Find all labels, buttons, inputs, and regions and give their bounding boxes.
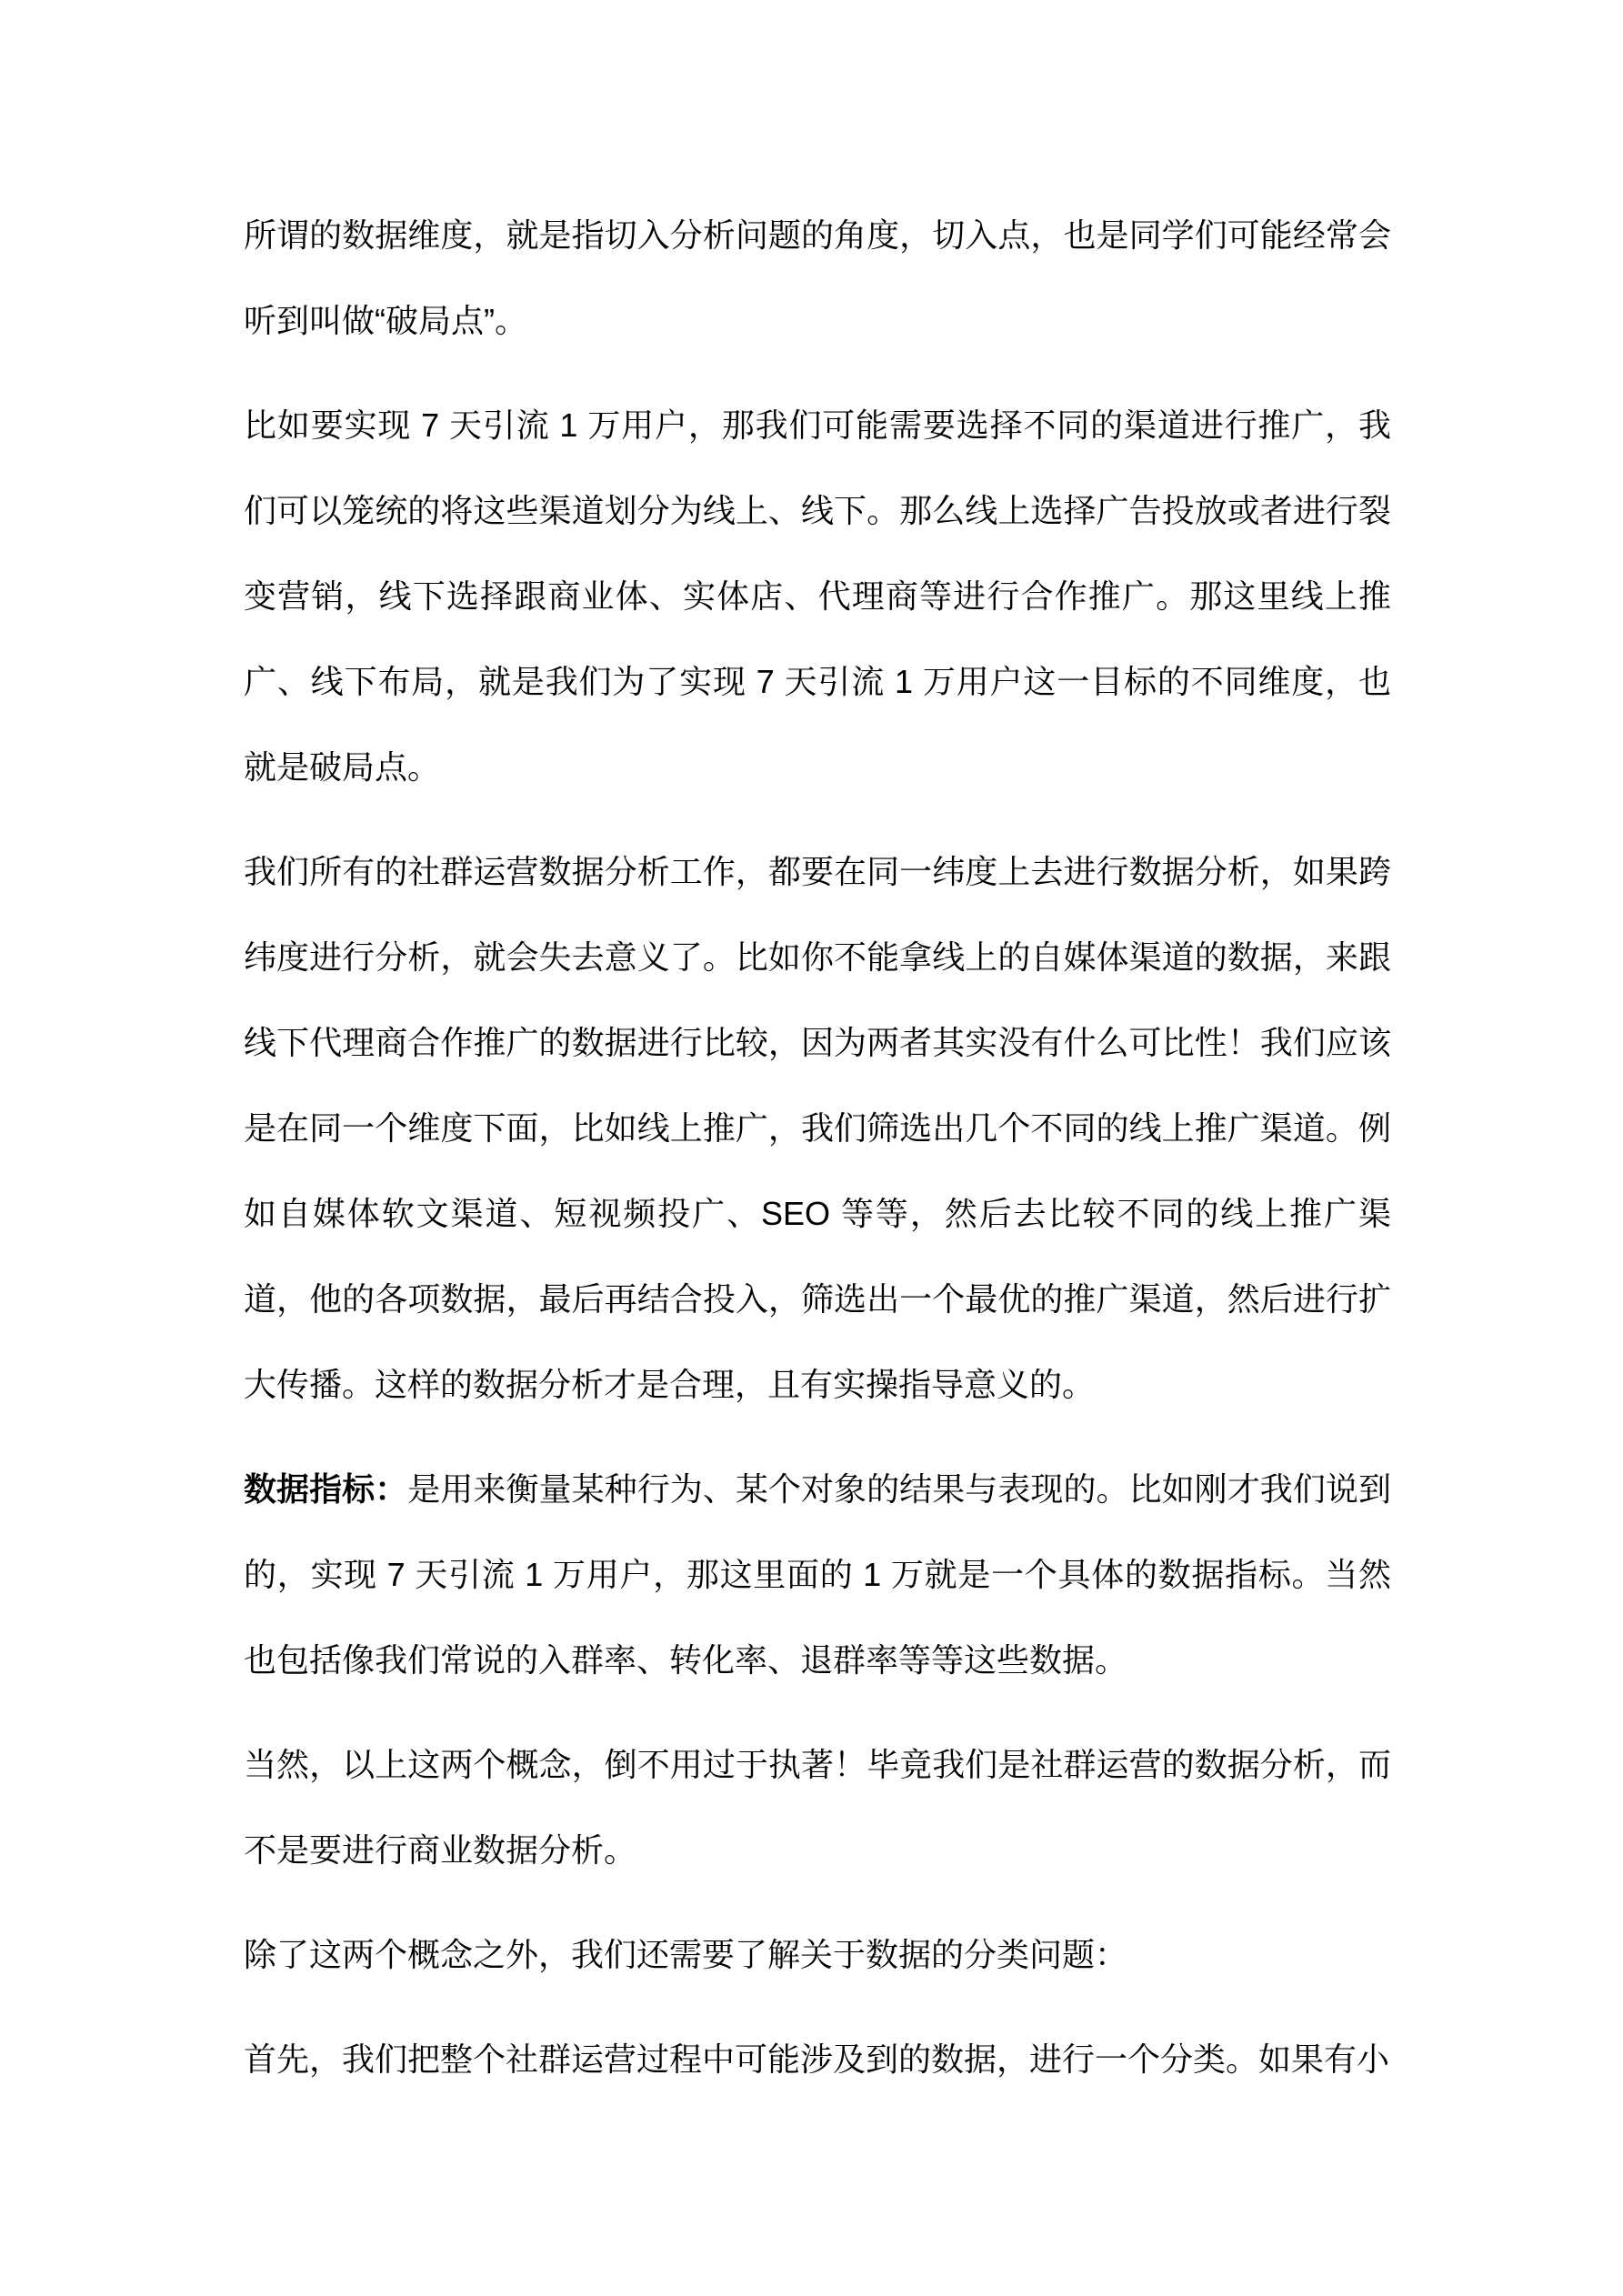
- document-page: 所谓的数据维度，就是指切入分析问题的角度，切入点，也是同学们可能经常会听到叫做“…: [0, 0, 1623, 2296]
- document-body: 所谓的数据维度，就是指切入分析问题的角度，切入点，也是同学们可能经常会听到叫做“…: [244, 193, 1391, 2121]
- paragraph-traffic-example: 比如要实现 7 天引流 1 万用户，那我们可能需要选择不同的渠道进行推广，我们可…: [244, 383, 1391, 810]
- paragraph-data-indicator-definition: 数据指标：是用来衡量某种行为、某个对象的结果与表现的。比如刚才我们说到的，实现 …: [244, 1447, 1391, 1703]
- paragraph-data-indicator-body: 是用来衡量某种行为、某个对象的结果与表现的。比如刚才我们说到的，实现 7 天引流…: [244, 1470, 1391, 1679]
- paragraph-data-classification-intro: 除了这两个概念之外，我们还需要了解关于数据的分类问题：: [244, 1912, 1391, 1998]
- paragraph-classification-start: 首先，我们把整个社群运营过程中可能涉及到的数据，进行一个分类。如果有小: [244, 2017, 1391, 2102]
- paragraph-same-dimension-analysis: 我们所有的社群运营数据分析工作，都要在同一纬度上去进行数据分析，如果跨纬度进行分…: [244, 829, 1391, 1428]
- paragraph-data-dimension-definition: 所谓的数据维度，就是指切入分析问题的角度，切入点，也是同学们可能经常会听到叫做“…: [244, 193, 1391, 364]
- term-data-indicator: 数据指标：: [244, 1470, 407, 1508]
- paragraph-concepts-note: 当然，以上这两个概念，倒不用过于执著！毕竟我们是社群运营的数据分析，而不是要进行…: [244, 1722, 1391, 1893]
